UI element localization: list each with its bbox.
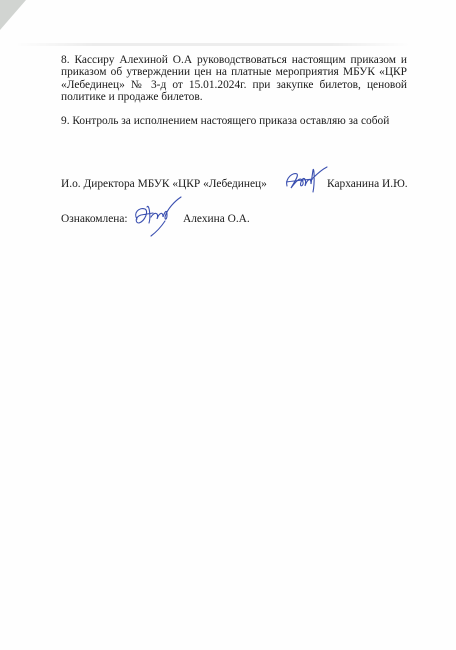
acknowledged-name: Алехина О.А. [183,213,250,225]
acknowledged-label: Ознакомлена: [61,213,128,225]
acknowledged-signature-icon [131,195,185,237]
paragraph-8: 8. Кассиру Алехиной О.А руководствоватьс… [61,54,407,104]
scan-artifact [15,43,410,46]
folded-corner [0,0,26,30]
document-page: 8. Кассиру Алехиной О.А руководствоватьс… [0,0,456,650]
paragraph-9: 9. Контроль за исполнением настоящего пр… [61,115,407,127]
director-signature-icon [283,164,329,196]
order-body: 8. Кассиру Алехиной О.А руководствоватьс… [61,54,407,127]
director-name: Карханина И.Ю. [327,178,408,190]
director-position: И.о. Директора МБУК «ЦКР «Лебединец» [61,178,267,190]
